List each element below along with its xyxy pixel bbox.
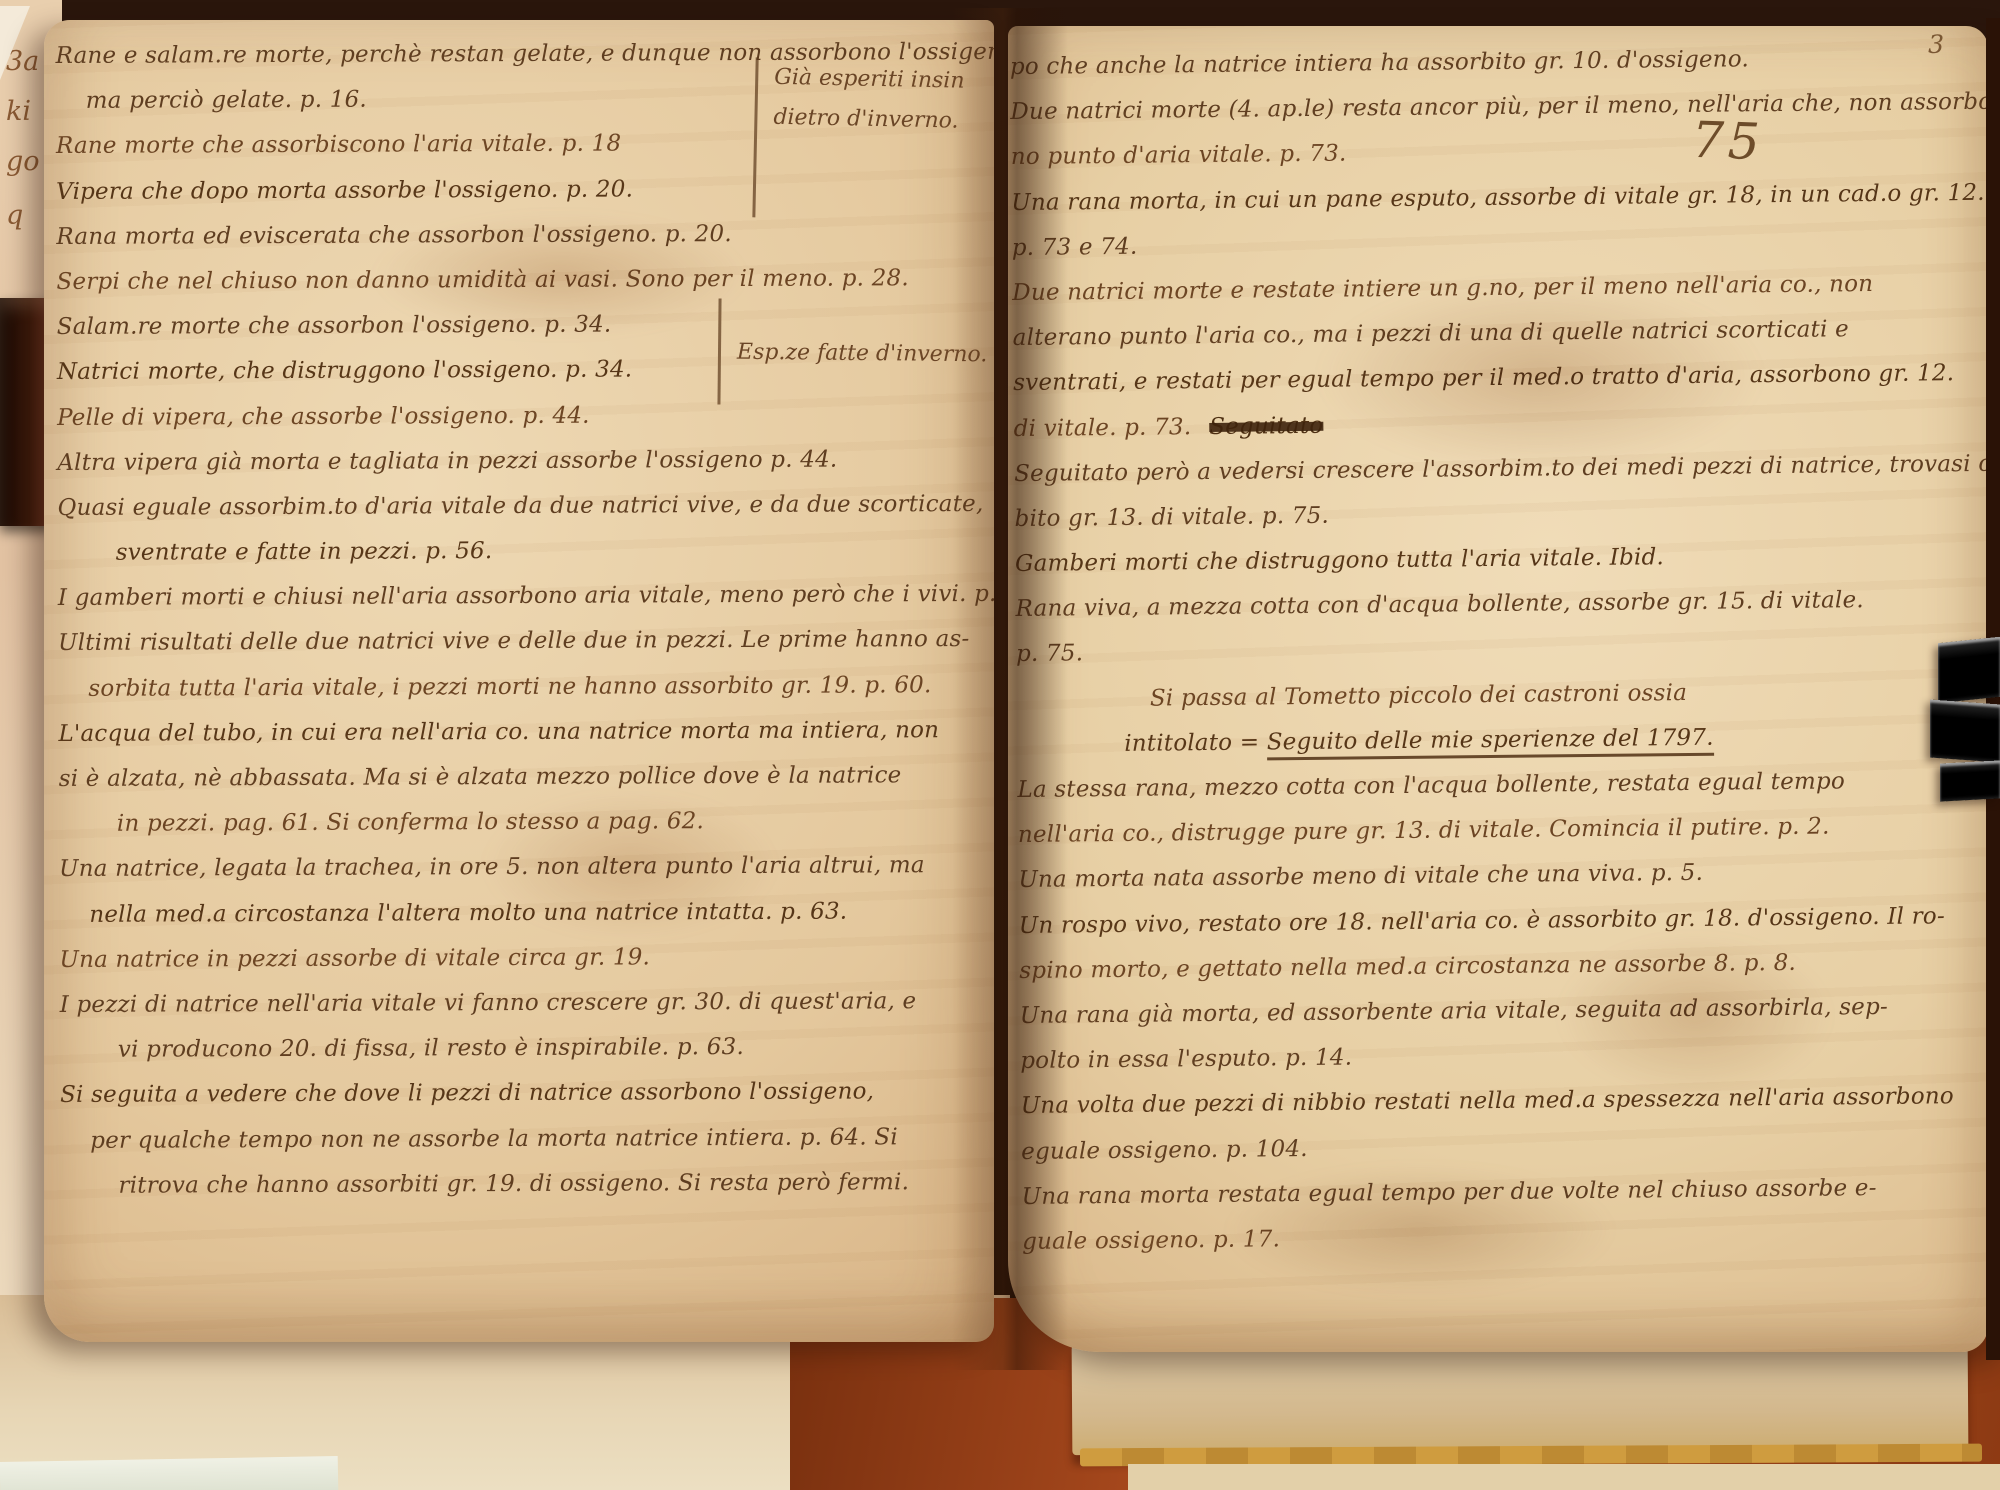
- manuscript-line: in pezzi. pag. 61. Si conferma lo stesso…: [59, 798, 965, 847]
- manuscript-line: spino morto, e gettato nella med.a circo…: [1019, 939, 1973, 994]
- binder-clip: [1922, 638, 2000, 800]
- manuscript-line: p. 75.: [1016, 622, 1970, 677]
- manuscript-line-with-cancellation: di vitale. p. 73.Seguitato: [1013, 397, 1967, 452]
- section-heading-titled: intitolato = Seguito delle mie sperienze…: [1017, 713, 1971, 768]
- inserted-sheet-edge: [1072, 1339, 1969, 1455]
- manuscript-line: Due natrici morte e restate intiere un g…: [1012, 261, 1966, 316]
- right-page-text: po che anche la natrice intiera ha assor…: [1010, 35, 1977, 1265]
- manuscript-line: Quasi eguale assorbim.to d'aria vitale d…: [57, 482, 963, 531]
- manuscript-line: Una natrice in pezzi assorbe di vitale c…: [59, 934, 965, 983]
- title-prefix: intitolato =: [1124, 729, 1259, 756]
- right-page: 3 75 po che anche la natrice intiera ha …: [1008, 26, 1988, 1352]
- manuscript-line: Una volta due pezzi di nibbio restati ne…: [1021, 1074, 1975, 1129]
- underlined-title: Seguito delle mie sperienze del 1797.: [1267, 725, 1714, 761]
- manuscript-line: ritrova che hanno assorbiti gr. 19. di o…: [60, 1160, 966, 1209]
- manuscript-line: per qualche tempo non ne assorbe la mort…: [60, 1115, 966, 1164]
- manuscript-line: alterano punto l'aria co., ma i pezzi di…: [1012, 306, 1966, 361]
- left-page-text: Rane e salam.re morte, perchè restan gel…: [55, 30, 966, 1209]
- manuscript-line: I gamberi morti e chiusi nell'aria assor…: [58, 572, 964, 621]
- manuscript-line: eguale ossigeno. p. 104.: [1021, 1119, 1975, 1174]
- manuscript-line: Seguitato però a vedersi crescere l'asso…: [1014, 442, 1968, 497]
- book-gutter-shadow: [952, 8, 1068, 1370]
- manuscript-line: Un rospo vivo, restato ore 18. nell'aria…: [1019, 894, 1973, 949]
- manuscript-line: Rane morte che assorbiscono l'aria vital…: [56, 120, 962, 169]
- manuscript-line: ma perciò gelate. p. 16.: [56, 75, 962, 124]
- manuscript-line: vi producono 20. di fissa, il resto è in…: [60, 1024, 966, 1073]
- manuscript-line: Si seguita a vedere che dove li pezzi di…: [60, 1069, 966, 1118]
- table-edge-sliver: [0, 1456, 338, 1490]
- manuscript-line: Serpi che nel chiuso non danno umidità a…: [56, 256, 962, 305]
- manuscript-line: nella med.a circostanza l'altera molto u…: [59, 889, 965, 938]
- manuscript-line: Rane e salam.re morte, perchè restan gel…: [55, 30, 961, 79]
- left-page: Rane e salam.re morte, perchè restan gel…: [44, 20, 994, 1342]
- manuscript-line: La stessa rana, mezzo cotta con l'acqua …: [1017, 758, 1971, 813]
- manuscript-line: Ultimi risultati delle due natrici vive …: [58, 617, 964, 666]
- manuscript-line: I pezzi di natrice nell'aria vitale vi f…: [60, 979, 966, 1028]
- manuscript-line: Natrici morte, che distruggono l'ossigen…: [57, 346, 963, 395]
- manuscript-line: Rana viva, a mezza cotta con d'acqua bol…: [1015, 577, 1969, 632]
- manuscript-line: Altra vipera già morta e tagliata in pez…: [57, 437, 963, 486]
- manuscript-line: Una rana già morta, ed assorbente aria v…: [1020, 984, 1974, 1039]
- manuscript-line: Una morta nata assorbe meno di vitale ch…: [1018, 848, 1972, 903]
- binder-clip-prong: [1938, 637, 2000, 704]
- edge-mark: ki: [6, 96, 31, 127]
- manuscript-line: no punto d'aria vitale. p. 73.: [1011, 125, 1965, 180]
- manuscript-line: Una natrice, legata la trachea, in ore 5…: [59, 843, 965, 892]
- manuscript-line: sorbita tutta l'aria vitale, i pezzi mor…: [58, 663, 964, 712]
- manuscript-line: Vipera che dopo morta assorbe l'ossigeno…: [56, 166, 962, 215]
- manuscript-line: Due natrici morte (4. ap.le) resta ancor…: [1010, 80, 1964, 135]
- binder-clip-prong: [1940, 760, 2000, 801]
- section-heading: Si passa al Tometto piccolo dei castroni…: [1016, 668, 1970, 723]
- edge-mark: q: [6, 200, 23, 231]
- manuscript-line: Una rana morta restata egual tempo per d…: [1021, 1165, 1975, 1220]
- edge-mark: go: [6, 146, 40, 177]
- manuscript-line: nell'aria co., distrugge pure gr. 13. di…: [1018, 803, 1972, 858]
- manuscript-line: sventrate e fatte in pezzi. p. 56.: [58, 527, 964, 576]
- manuscript-line: bito gr. 13. di vitale. p. 75.: [1014, 487, 1968, 542]
- manuscript-line: Rana morta ed eviscerata che assorbon l'…: [56, 211, 962, 260]
- manuscript-line: si è alzata, nè abbassata. Ma si è alzat…: [59, 753, 965, 802]
- cancelled-word: Seguitato: [1209, 412, 1323, 439]
- inserted-sheet-edge-2: [1128, 1464, 2000, 1490]
- manuscript-line: L'acqua del tubo, in cui era nell'aria c…: [58, 708, 964, 757]
- manuscript-line: Una rana morta, in cui un pane esputo, a…: [1011, 171, 1965, 226]
- corner-folio-number: 3: [1928, 30, 1944, 59]
- manuscript-line: guale ossigeno. p. 17.: [1022, 1210, 1976, 1265]
- manuscript-line: polto in essa l'esputo. p. 14.: [1020, 1029, 1974, 1084]
- manuscript-line: sventrati, e restati per egual tempo per…: [1013, 351, 1967, 406]
- manuscript-line: Salam.re morte che assorbon l'ossigeno. …: [57, 301, 963, 350]
- manuscript-line: p. 73 e 74.: [1012, 216, 1966, 271]
- manuscript-line: po che anche la natrice intiera ha assor…: [1010, 35, 1964, 90]
- page-number: 75: [1691, 111, 1765, 171]
- manuscript-photo: 3a ki go q Rane e salam.re morte, perchè…: [0, 0, 2000, 1490]
- manuscript-line: Gamberi morti che distruggono tutta l'ar…: [1015, 532, 1969, 587]
- margin-note-text: Esp.ze fatte d'inverno.: [737, 339, 988, 367]
- manuscript-line: Pelle di vipera, che assorbe l'ossigeno.…: [57, 392, 963, 441]
- binder-clip-prong: [1930, 700, 2000, 763]
